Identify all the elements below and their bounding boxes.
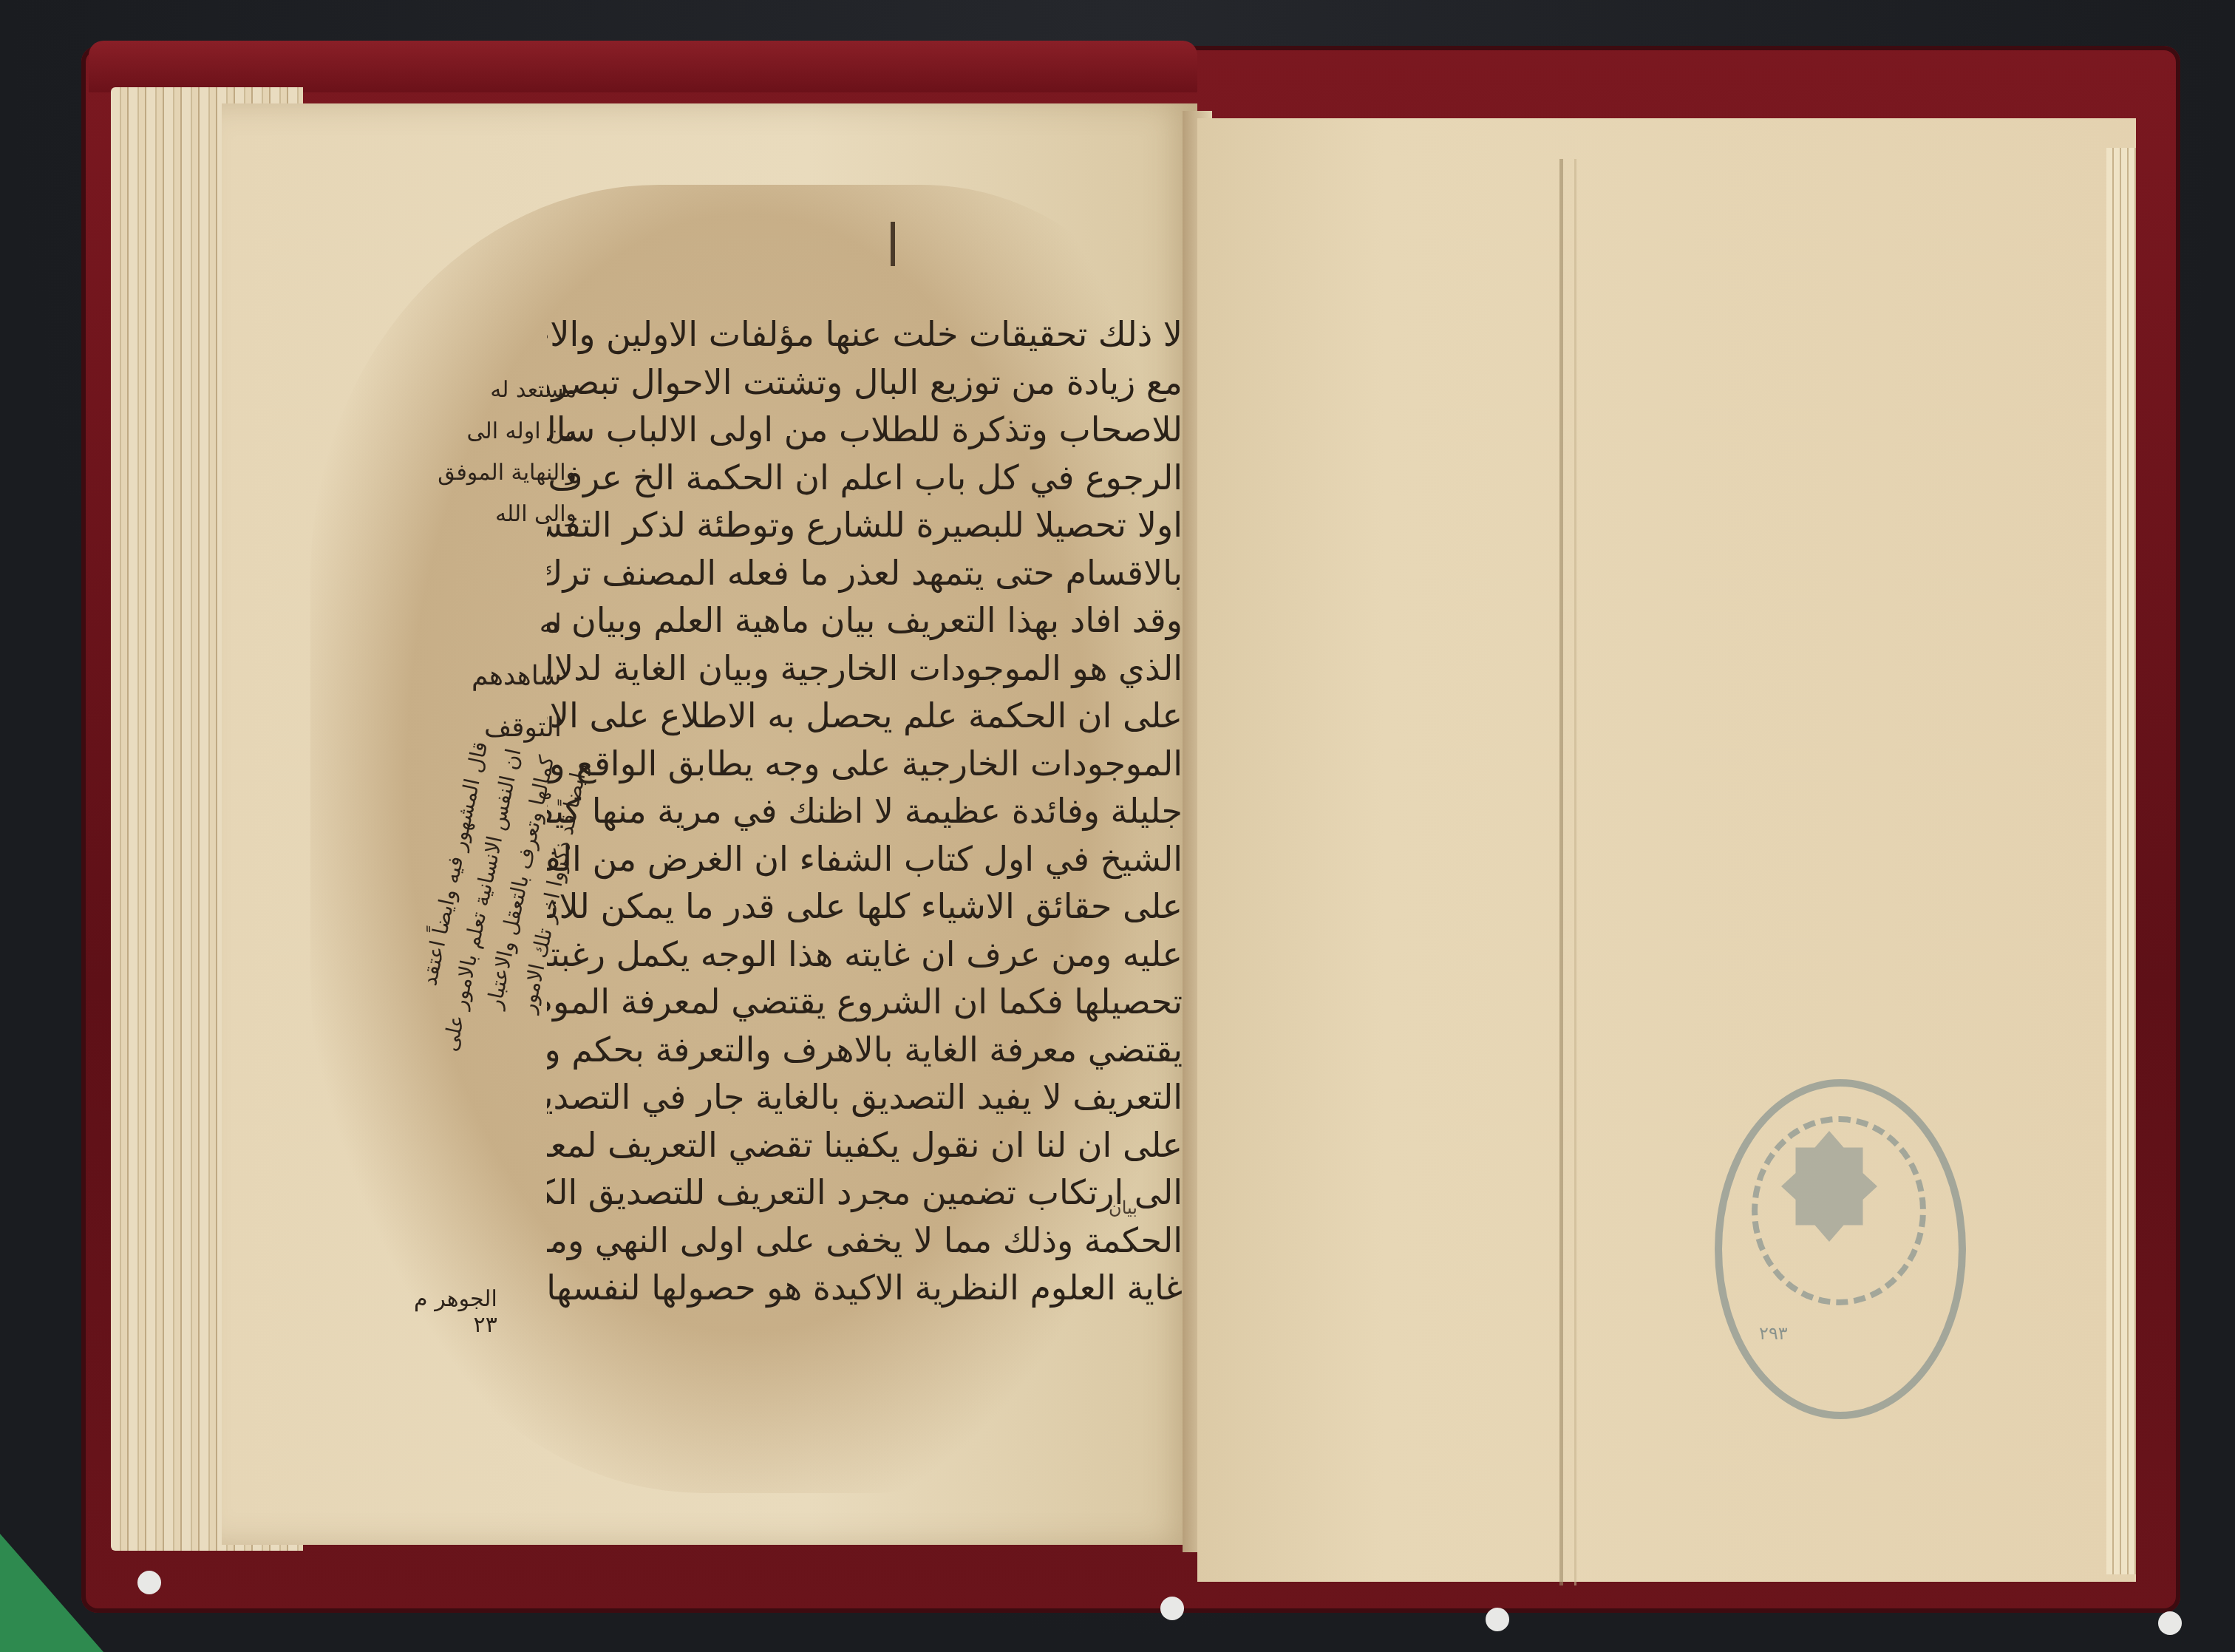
margin-note-word: الجوهر: [435, 1286, 497, 1312]
mounting-dot: [1160, 1597, 1184, 1620]
text-line: وقد افاد بهذا التعريف بيان ماهية العلم و…: [547, 596, 1183, 645]
mounting-dot: [1486, 1608, 1509, 1631]
margin-note-bottom: الجوهر م ٢٣: [414, 1286, 497, 1338]
margin-note-line: ساهدهم: [414, 650, 562, 702]
margin-note-line: مستعد له: [384, 370, 576, 411]
text-line: على ان الحكمة علم يحصل به الاطلاع على ال…: [547, 692, 1183, 740]
manuscript-main-text: لا ذلك تحقيقات خلت عنها مؤلفات الاولين و…: [547, 310, 1183, 1312]
star-emblem-icon: [1781, 1131, 1877, 1242]
text-line: اولا تحصيلا للبصيرة للشارع وتوطئة لذكر ا…: [547, 501, 1183, 549]
page-fold-line: [1559, 159, 1563, 1585]
margin-note-line: له: [414, 599, 562, 650]
margin-note-middle: له ساهدهم التوقف: [414, 599, 562, 754]
stamp-number: ٢٩٣: [1759, 1323, 1788, 1344]
text-line: التعريف لا يفيد التصديق بالغاية جار في ا…: [547, 1073, 1183, 1121]
margin-note-gutter: بيان: [1109, 1197, 1137, 1218]
margin-note-word: بيان: [1109, 1197, 1137, 1218]
text-line: عليه ومن عرف ان غايته هذا الوجه يكمل رغب…: [547, 931, 1183, 979]
margin-note-top: مستعد له من اوله الى والنهاية الموفق وال…: [384, 370, 576, 535]
mounting-dot: [2158, 1611, 2182, 1635]
right-page-stack: [2106, 148, 2136, 1574]
text-line: الى ارتكاب تضمين مجرد التعريف للتصديق ال…: [547, 1169, 1183, 1217]
text-line: على ان لنا ان نقول يكفينا تقضي التعريف ل…: [547, 1121, 1183, 1169]
folio-mark: [891, 222, 895, 266]
text-line: غاية العلوم النظرية الاكيدة هو حصولها لن…: [547, 1264, 1183, 1312]
margin-note-line: والى الله: [384, 494, 576, 535]
text-line: الحكمة وذلك مما لا يخفى على اولى النهي و…: [547, 1217, 1183, 1265]
text-line: يقتضي معرفة الغاية بالاهرف والتعرفة بحكم…: [547, 1026, 1183, 1074]
margin-note-line: والنهاية الموفق: [384, 452, 576, 494]
text-line: الذي هو الموجودات الخارجية وبيان الغاية …: [547, 645, 1183, 693]
binding-top-edge: [89, 41, 1197, 92]
text-line: الشيخ في اول كتاب الشفاء ان الغرض من الف…: [547, 835, 1183, 883]
margin-note-word: م: [414, 1286, 428, 1312]
margin-note-line: من اوله الى: [384, 411, 576, 452]
text-line: الموجودات الخارجية على وجه يطابق الواقع …: [547, 740, 1183, 788]
text-line: الرجوع في كل باب اعلم ان الحكمة الخ عرف …: [547, 454, 1183, 502]
text-line: للاصحاب وتذكرة للطلاب من اولى الالباب سا…: [547, 406, 1183, 454]
right-page: [1197, 118, 2136, 1582]
text-line: تحصيلها فكما ان الشروع يقتضي لمعرفة المو…: [547, 978, 1183, 1026]
text-line: بالاقسام حتى يتمهد لعذر ما فعله المصنف ت…: [547, 549, 1183, 597]
text-line: مع زيادة من توزيع البال وتشتت الاحوال تب…: [547, 358, 1183, 407]
margin-note-number: ٢٣: [414, 1312, 497, 1338]
text-line: جليلة وفائدة عظيمة لا اظنك في مرية منها …: [547, 787, 1183, 835]
text-line: لا ذلك تحقيقات خلت عنها مؤلفات الاولين و…: [547, 310, 1183, 358]
page-fold-shadow: [1574, 159, 1576, 1585]
mounting-dot: [137, 1571, 161, 1594]
text-line: على حقائق الاشياء كلها على قدر ما يمكن ل…: [547, 883, 1183, 931]
